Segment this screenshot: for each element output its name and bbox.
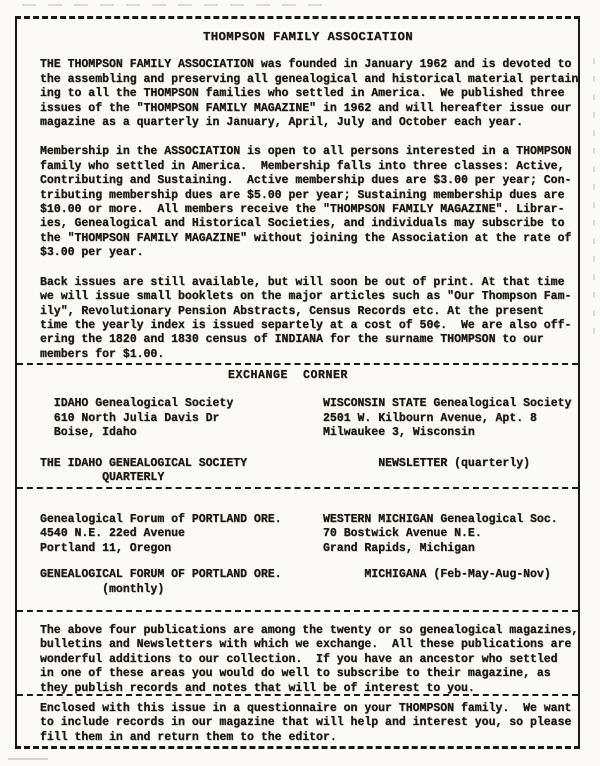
scan-artifact-top [22,4,322,6]
exchange-publication-row: THE IDAHO GENEALOGICAL SOCIETY QUARTERLY… [40,457,576,486]
exchange-corner-section-2: Genealogical Forum of PORTLAND ORE. 4540… [17,489,578,612]
publication-idaho-quarterly: THE IDAHO GENEALOGICAL SOCIETY QUARTERLY [40,457,323,486]
address-block-portland-forum: Genealogical Forum of PORTLAND ORE. 4540… [40,513,323,556]
intro-paragraph-membership: Membership in the ASSOCIATION is open to… [40,145,576,260]
publication-michigana: MICHIGANA (Feb-May-Aug-Nov) [323,568,576,597]
page-title: THOMPSON FAMILY ASSOCIATION [40,30,576,44]
exchange-address-row: Genealogical Forum of PORTLAND ORE. 4540… [40,513,576,556]
scan-artifact-bottom [8,758,48,760]
page-border-frame: THOMPSON FAMILY ASSOCIATION THE THOMPSON… [15,16,580,749]
exchange-note-paragraph: The above four publications are among th… [40,624,576,696]
scanned-newsletter-page: THOMPSON FAMILY ASSOCIATION THE THOMPSON… [0,0,600,766]
publication-portland-forum-monthly: GENEALOGICAL FORUM OF PORTLAND ORE. (mon… [40,568,323,597]
association-intro-section: THOMPSON FAMILY ASSOCIATION THE THOMPSON… [17,19,578,365]
intro-paragraph-back-issues: Back issues are still available, but wil… [40,276,576,362]
exchange-corner-section-1: EXCHANGE CORNER IDAHO Genealogical Socie… [17,365,578,489]
address-block-wisconsin: WISCONSIN STATE Genealogical Society 250… [323,397,576,440]
exchange-address-row: IDAHO Genealogical Society 610 North Jul… [40,397,576,440]
questionnaire-paragraph: Enclosed with this issue in a questionna… [40,702,576,745]
address-block-idaho: IDAHO Genealogical Society 610 North Jul… [40,397,323,440]
intro-paragraph-founding: THE THOMPSON FAMILY ASSOCIATION was foun… [40,58,576,130]
questionnaire-section: Enclosed with this issue in a questionna… [17,696,578,746]
address-block-western-michigan: WESTERN MICHIGAN Genealogical Soc. 70 Bo… [323,513,576,556]
exchange-note-section: The above four publications are among th… [17,612,578,696]
scan-artifact-right [593,58,595,338]
exchange-corner-heading: EXCHANGE CORNER [40,369,576,383]
publication-wisconsin-newsletter: NEWSLETTER (quarterly) [323,457,576,486]
exchange-publication-row: GENEALOGICAL FORUM OF PORTLAND ORE. (mon… [40,568,576,597]
